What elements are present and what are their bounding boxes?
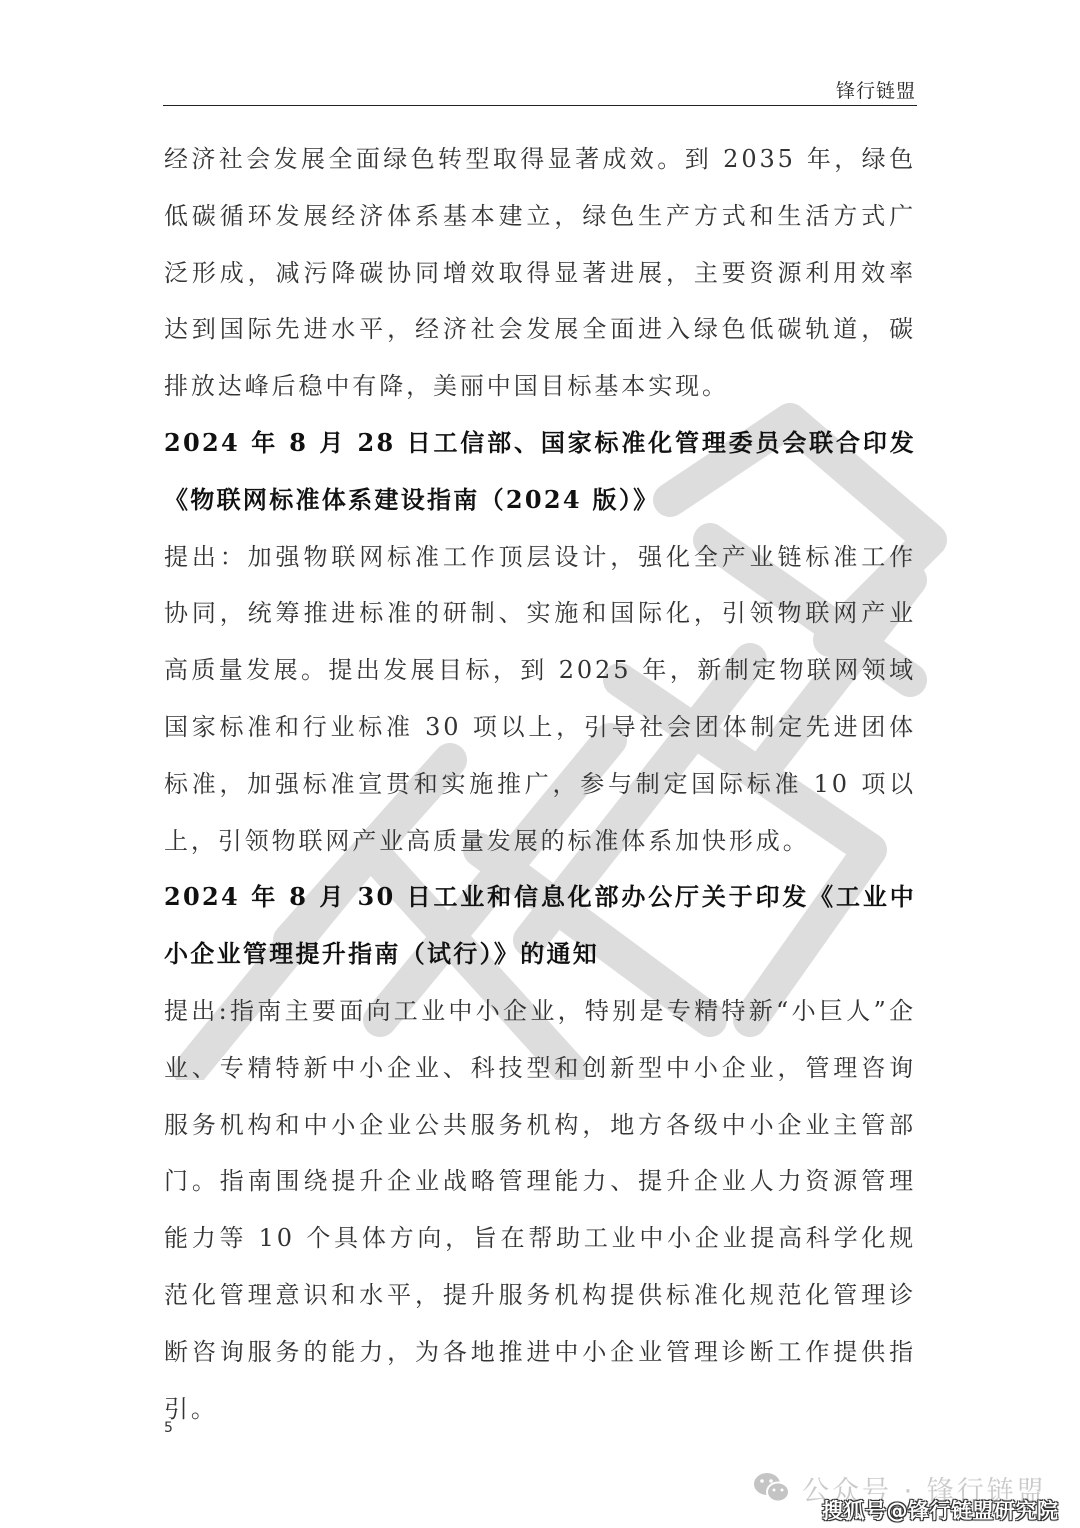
heading-sme-management: 2024 年 8 月 30 日工业和信息化部办公厅关于印发《工业中小企业管理提升… bbox=[164, 869, 916, 983]
sohu-credit-watermark: 搜狐号@锋行链盟研究院 bbox=[822, 1495, 1059, 1525]
paragraph-green-transition: 经济社会发展全面绿色转型取得显著成效。到 2035 年，绿色低碳循环发展经济体系… bbox=[164, 131, 916, 415]
header-title: 锋行链盟 bbox=[836, 76, 916, 103]
document-body: 经济社会发展全面绿色转型取得显著成效。到 2035 年，绿色低碳循环发展经济体系… bbox=[164, 131, 916, 1437]
wechat-icon bbox=[752, 1471, 792, 1505]
page-number: 5 bbox=[164, 1420, 173, 1436]
header-divider bbox=[163, 105, 917, 106]
paragraph-iot-standards: 提出：加强物联网标准工作顶层设计，强化全产业链标准工作协同，统筹推进标准的研制、… bbox=[164, 529, 916, 870]
heading-iot-standards: 2024 年 8 月 28 日工信部、国家标准化管理委员会联合印发《物联网标准体… bbox=[164, 415, 916, 529]
paragraph-sme-management: 提出:指南主要面向工业中小企业，特别是专精特新“小巨人”企业、专精特新中小企业、… bbox=[164, 983, 916, 1437]
